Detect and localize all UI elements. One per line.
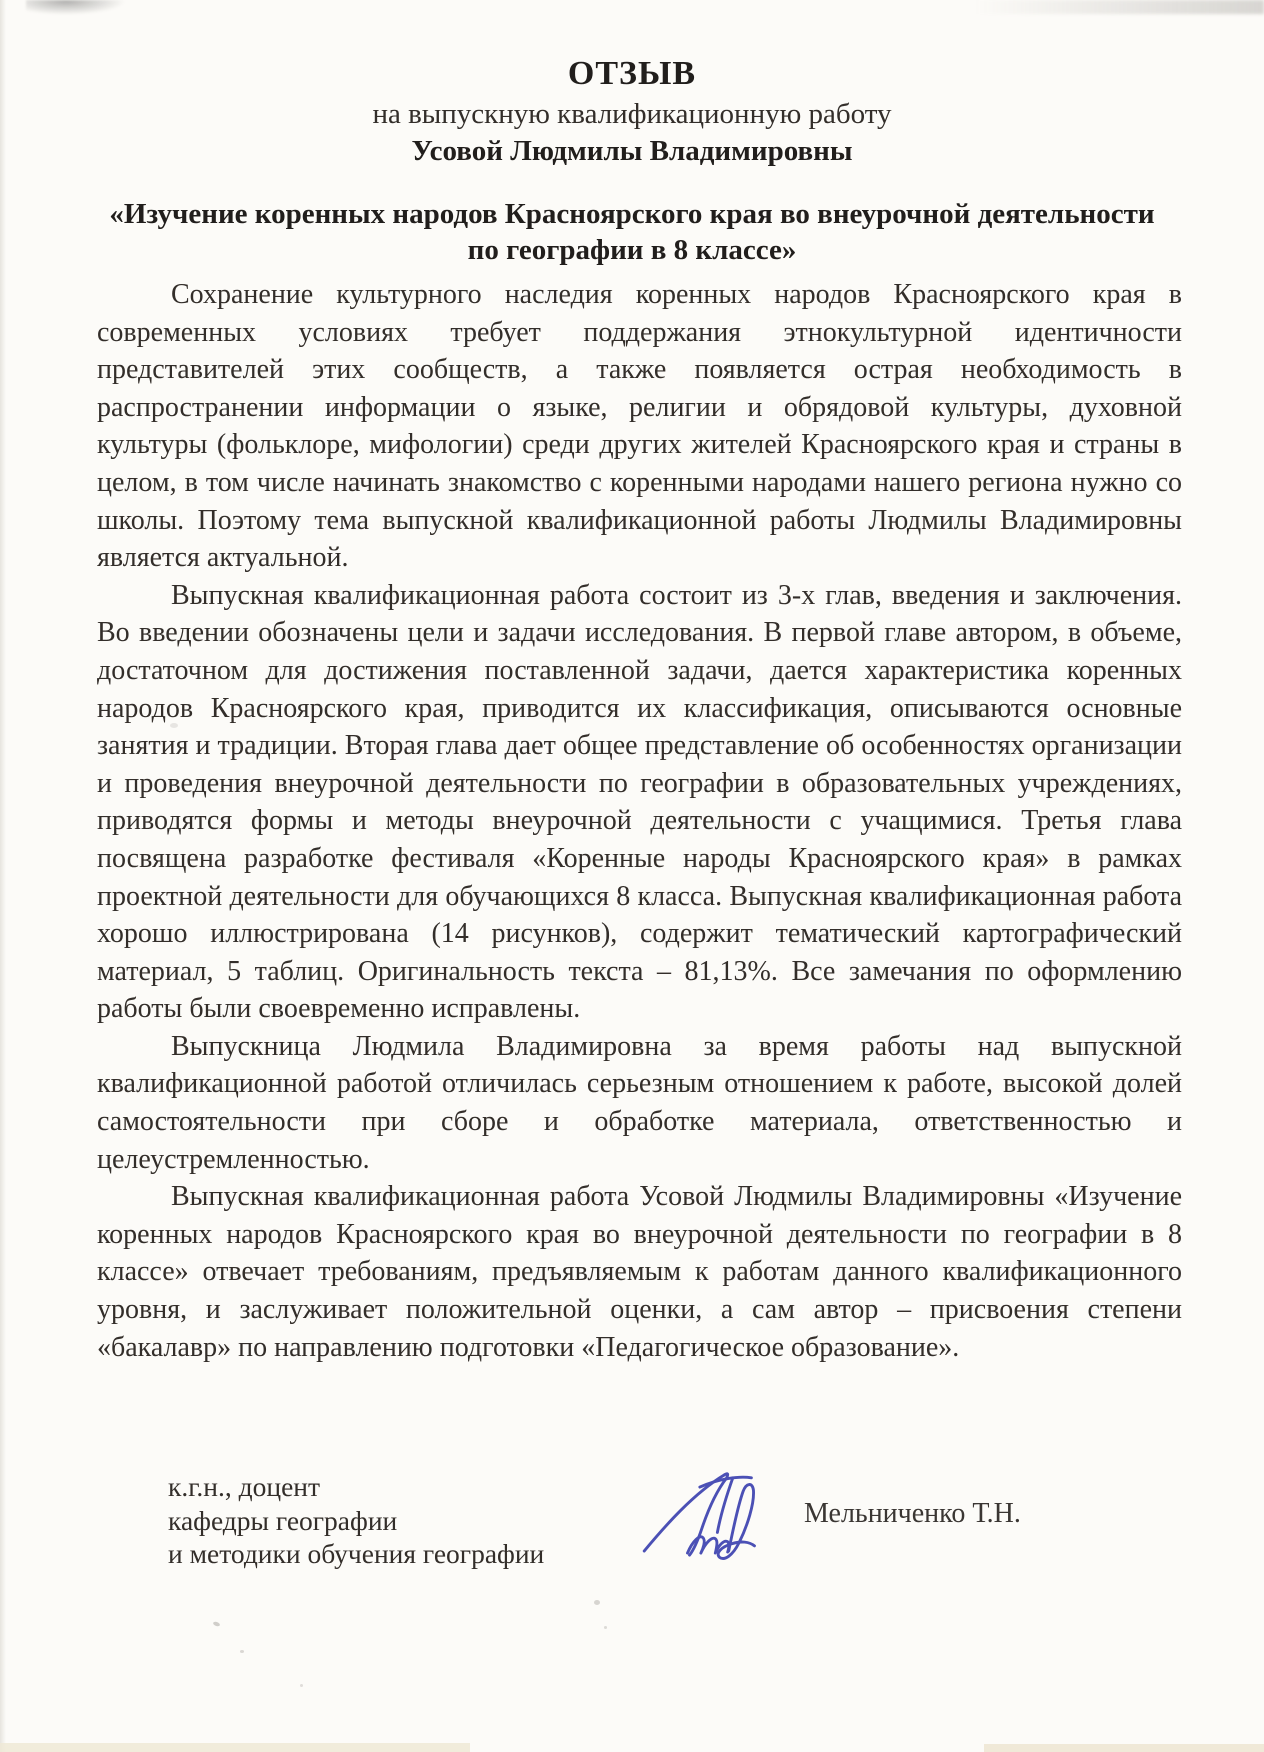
scan-smudge xyxy=(974,0,1264,14)
scan-speck xyxy=(240,1650,244,1653)
thesis-title-line1: «Изучение коренных народов Красноярского… xyxy=(40,196,1224,232)
thesis-title-line2: по географии в 8 классе» xyxy=(40,232,1224,268)
graduate-name: Усовой Людмилы Владимировны xyxy=(0,133,1264,170)
scan-edge-strip xyxy=(984,1744,1264,1752)
review-body: Сохранение культурного наследия коренных… xyxy=(97,276,1182,1366)
scan-edge-strip xyxy=(0,1743,470,1752)
document-header: ОТЗЫВ на выпускную квалификационную рабо… xyxy=(0,54,1264,170)
scanned-review-document: ОТЗЫВ на выпускную квалификационную рабо… xyxy=(0,0,1264,1752)
reviewer-department-line1: кафедры географии xyxy=(168,1504,544,1538)
paragraph-conclusion: Выпускная квалификационная работа Усовой… xyxy=(97,1178,1182,1366)
scan-smudge xyxy=(26,0,126,15)
handwritten-signature-icon xyxy=(638,1464,772,1570)
thesis-title: «Изучение коренных народов Красноярского… xyxy=(40,196,1224,268)
paragraph-structure: Выпускная квалификационная работа состои… xyxy=(97,577,1182,1028)
scan-speck xyxy=(300,1684,303,1687)
document-title: ОТЗЫВ xyxy=(0,54,1264,94)
reviewer-name: Мельниченко Т.Н. xyxy=(804,1498,1021,1530)
reviewer-department-line2: и методики обучения географии xyxy=(168,1537,544,1571)
reviewer-position-block: к.г.н., доцент кафедры географии и метод… xyxy=(168,1470,544,1571)
scan-speck xyxy=(213,1621,221,1627)
document-subtitle: на выпускную квалификационную работу xyxy=(0,96,1264,133)
scan-speck xyxy=(604,1626,607,1629)
reviewer-degree: к.г.н., доцент xyxy=(168,1470,544,1504)
scan-speck xyxy=(594,1600,600,1605)
paragraph-relevance: Сохранение культурного наследия коренных… xyxy=(97,276,1182,577)
scan-edge-shadow xyxy=(0,0,6,1752)
paragraph-student-qualities: Выпускница Людмила Владимировна за время… xyxy=(97,1028,1182,1178)
